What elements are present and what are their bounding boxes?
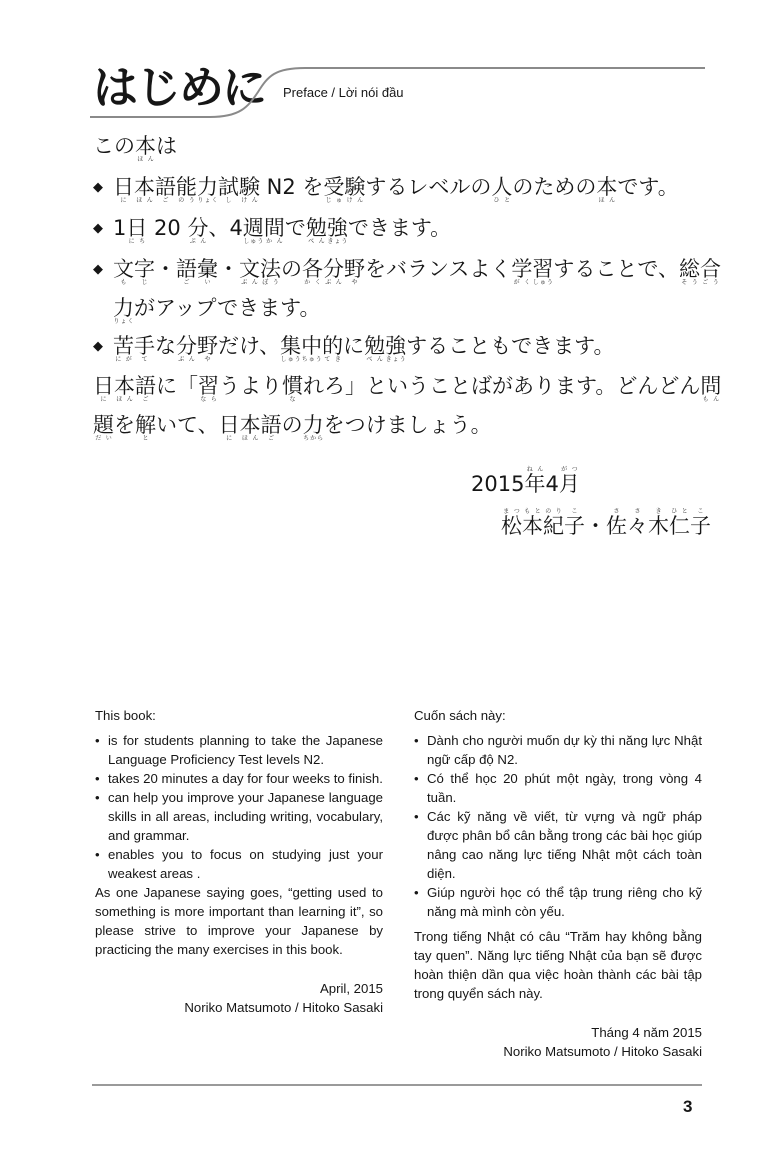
vietnamese-column: Cuốn sách này: Dành cho người muốn dự kỳ… xyxy=(414,706,702,1061)
english-closing: As one Japanese saying goes, “getting us… xyxy=(95,883,383,959)
jp-bullet-1: ◆日に本ほん語ご能のう力りょく試し験けん N2 を受じゅ験けんするレベルの人ひと… xyxy=(93,177,679,203)
page-number: 3 xyxy=(683,1097,692,1117)
english-bullet: can help you improve your Japanese langu… xyxy=(95,788,383,845)
vietnamese-bullet: Dành cho người muốn dự kỳ thi năng lực N… xyxy=(414,731,702,769)
diamond-bullet-icon: ◆ xyxy=(93,218,113,239)
vietnamese-bullet-list: Dành cho người muốn dự kỳ thi năng lực N… xyxy=(414,731,702,921)
vietnamese-intro: Cuốn sách này: xyxy=(414,706,702,725)
page-subtitle: Preface / Lời nói đầu xyxy=(283,85,404,100)
vietnamese-bullet: Có thể học 20 phút một ngày, trong vòng … xyxy=(414,769,702,807)
jp-closing-line-2: 題だいを解といて、日に本ほん語ごの力ちからをつけましょう。 xyxy=(93,415,492,441)
vietnamese-bullet: Giúp người học có thể tập trung riêng ch… xyxy=(414,883,702,921)
vietnamese-date: Tháng 4 năm 2015 xyxy=(414,1023,702,1042)
jp-authors: 松まつ本もと紀のり子こ・佐さ々さ木き仁ひと子こ xyxy=(501,508,711,537)
jp-bullet-3: ◆文も字じ・語ご彙い・文ぶん法ぽうの各かく分ぶん野やをバランスよく学がく習しゅう… xyxy=(93,259,721,285)
diamond-bullet-icon: ◆ xyxy=(93,336,113,357)
jp-bullet-4: ◆苦にが手てな分ぶん野やだけ、集しゅう中ちゅう的てきに勉べん強きょうすることもで… xyxy=(93,336,615,362)
english-bullet-list: is for students planning to take the Jap… xyxy=(95,731,383,883)
jp-intro: この本ほんは xyxy=(93,136,177,162)
jp-closing-line-1: 日に本ほん語ごに「習ならうより慣なれろ」ということばがあります。どんどん問もん xyxy=(93,376,721,402)
vietnamese-bullet: Các kỹ năng về viết, từ vựng và ngữ pháp… xyxy=(414,807,702,883)
english-intro: This book: xyxy=(95,706,383,725)
english-bullet: takes 20 minutes a day for four weeks to… xyxy=(95,769,383,788)
english-bullet: is for students planning to take the Jap… xyxy=(95,731,383,769)
jp-bullet-2: ◆1日にち 20 分ぷん、4週しゅう間かんで勉べん強きょうできます。 xyxy=(93,218,451,244)
english-date: April, 2015 xyxy=(95,979,383,998)
jp-date: 2015年ねん4月がつ xyxy=(471,466,580,495)
jp-bullet-3-cont: 力りょくがアップできます。 xyxy=(113,298,320,324)
diamond-bullet-icon: ◆ xyxy=(93,177,113,198)
english-column: This book: is for students planning to t… xyxy=(95,706,383,1017)
footer-divider xyxy=(92,1084,702,1086)
diamond-bullet-icon: ◆ xyxy=(93,259,113,280)
vietnamese-closing: Trong tiếng Nhật có câu “Trăm hay không … xyxy=(414,927,702,1003)
vietnamese-authors: Noriko Matsumoto / Hitoko Sasaki xyxy=(414,1042,702,1061)
english-authors: Noriko Matsumoto / Hitoko Sasaki xyxy=(95,998,383,1017)
english-bullet: enables you to focus on studying just yo… xyxy=(95,845,383,883)
